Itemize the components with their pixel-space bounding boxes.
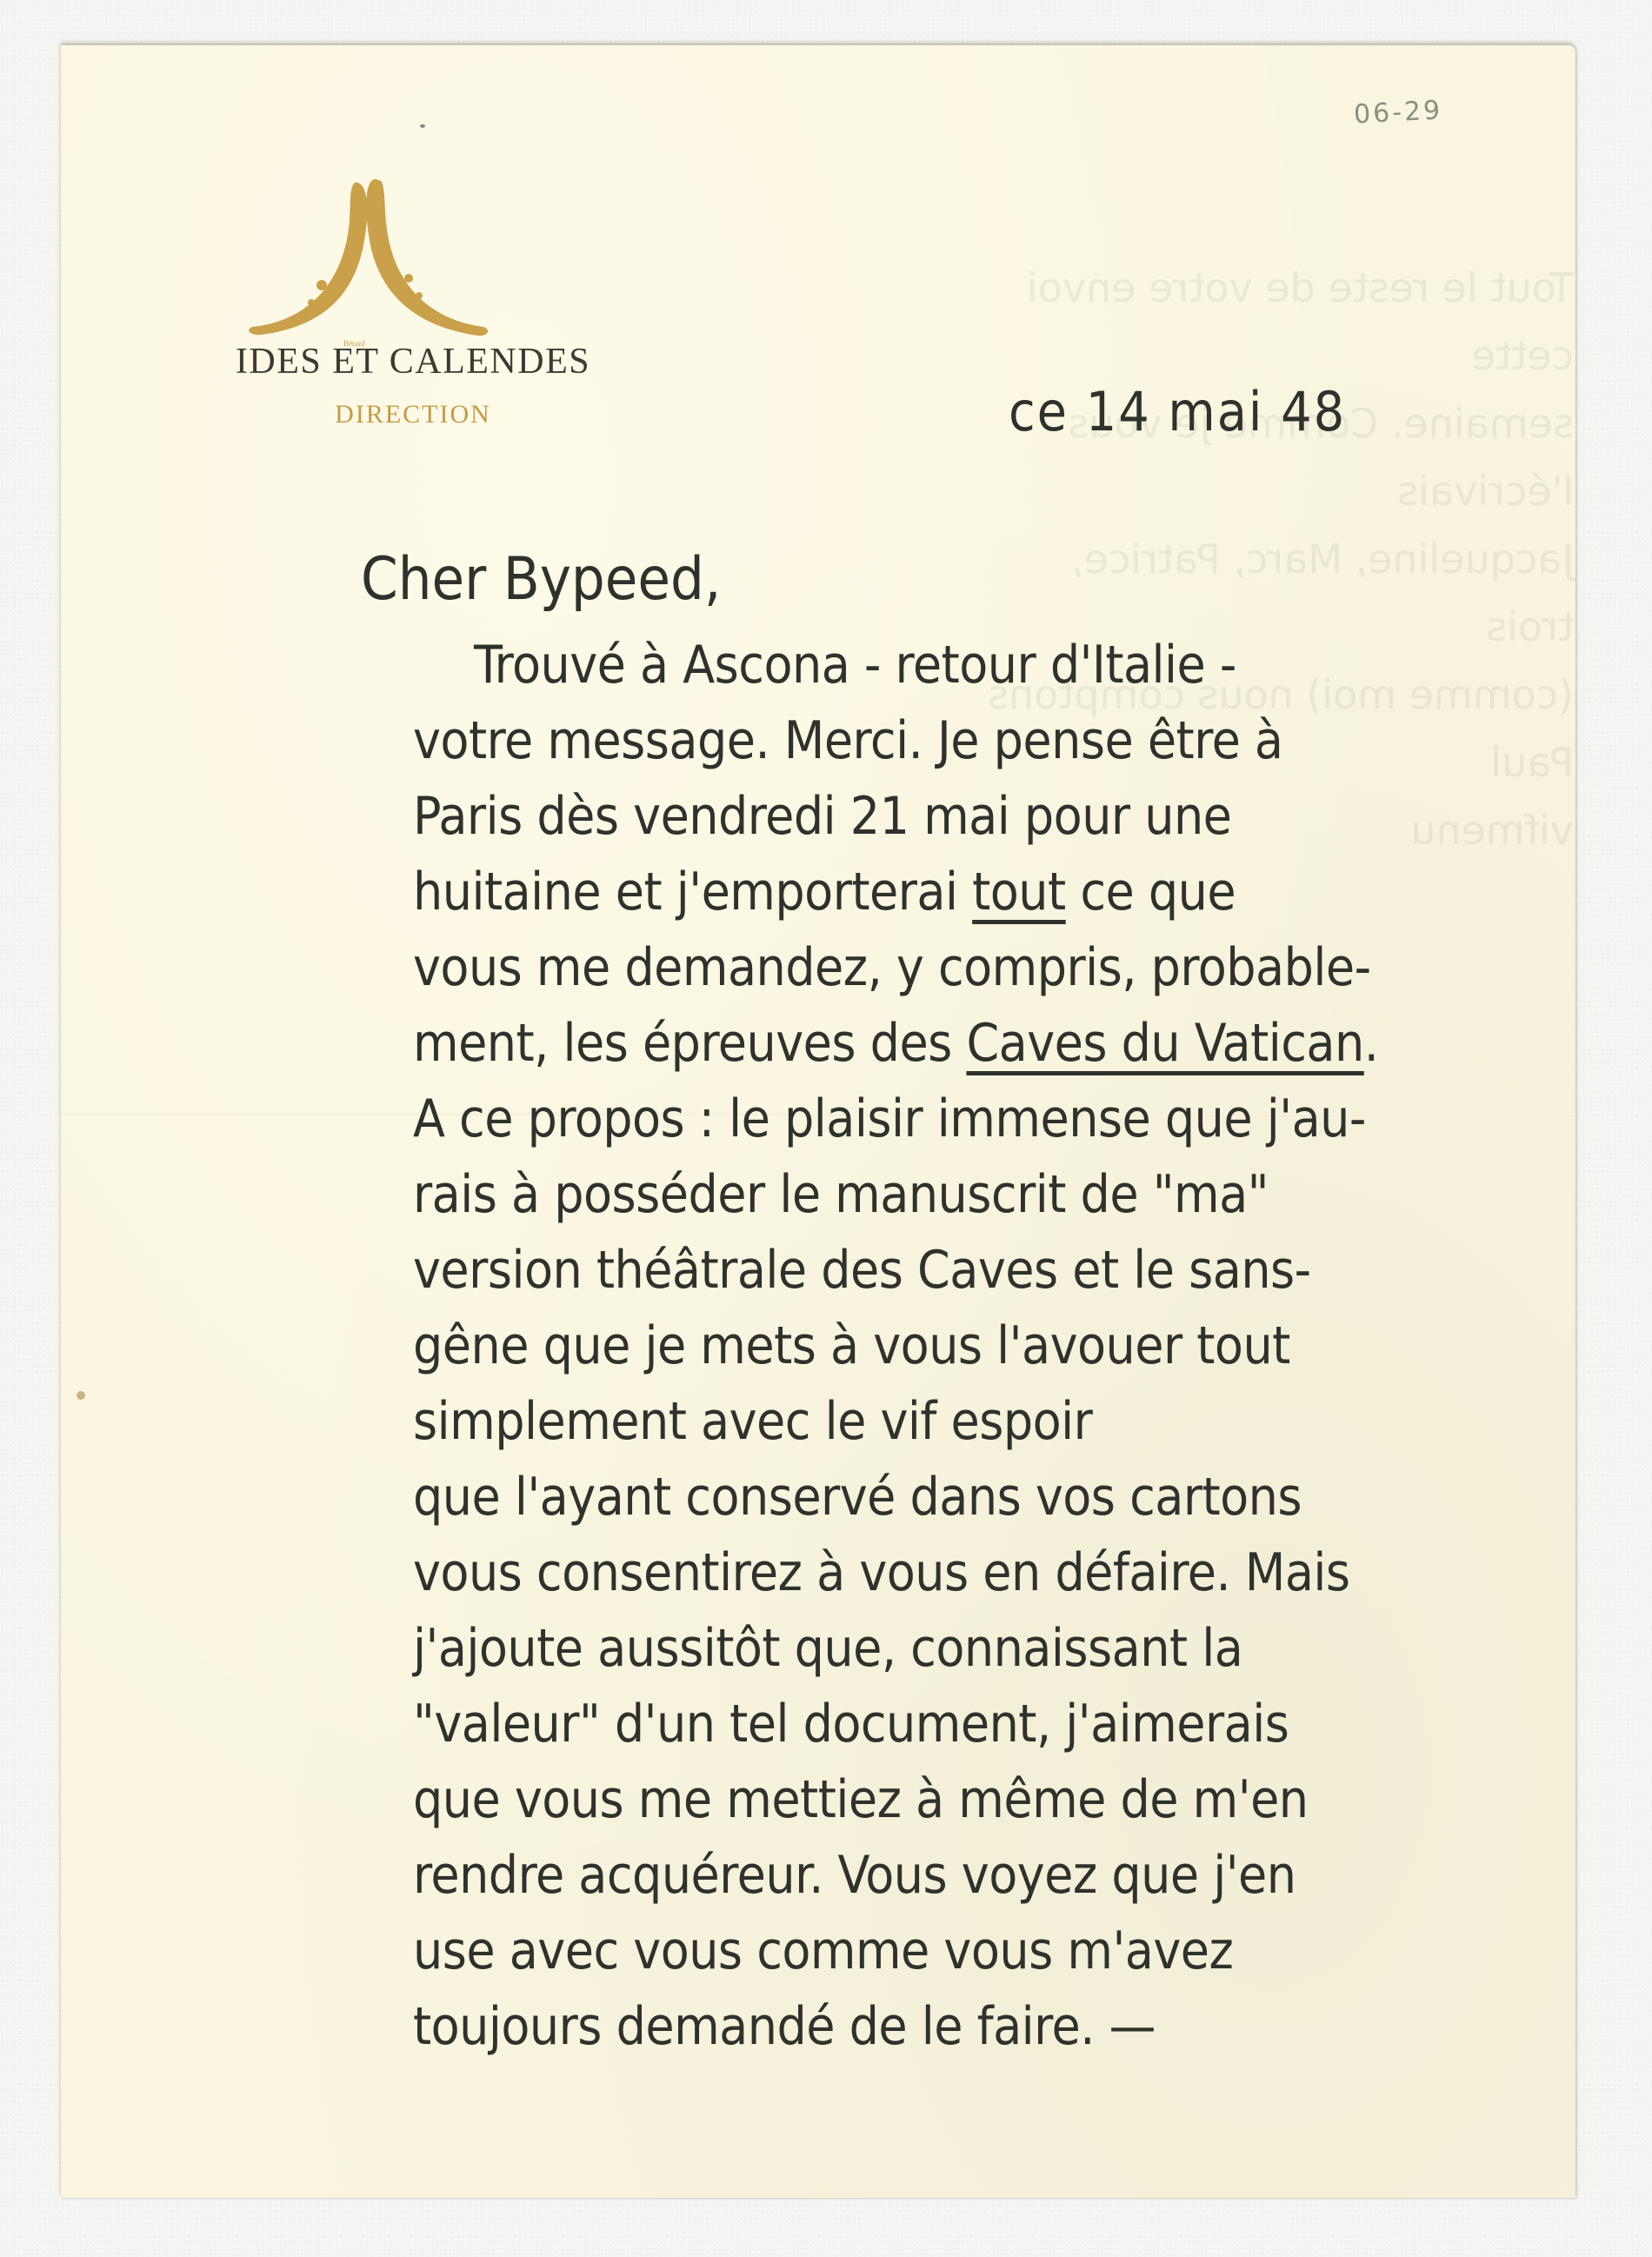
letter-page: 06-29 Bérard IDES ET CALENDES DIRECTION … [61, 45, 1575, 2198]
paper-speck [420, 124, 425, 128]
body-line: A ce propos : le plaisir immense que j'a… [413, 1082, 1543, 1157]
letterhead-department: DIRECTION [170, 400, 656, 429]
twin-crescent-moons-icon: Bérard [226, 174, 504, 365]
body-line: "valeur" d'un tel document, j'aimerais [413, 1687, 1543, 1762]
letter-body: Trouvé à Ascona - retour d'Italie - votr… [413, 628, 1543, 2065]
body-line: toujours demandé de le faire. — [413, 1989, 1543, 2065]
body-line: que l'ayant conservé dans vos cartons [413, 1460, 1543, 1535]
letter-date: ce 14 mai 48 [1009, 380, 1346, 443]
body-line: use avec vous comme vous m'avez [413, 1914, 1543, 1989]
underlined-word-tout: tout [972, 862, 1066, 922]
body-line: ment, les épreuves des Caves du Vatican. [413, 1006, 1543, 1082]
body-line: version théâtrale des Caves et le sans- [413, 1233, 1543, 1308]
body-line: votre message. Merci. Je pense être à [413, 703, 1543, 779]
underlined-title-caves-du-vatican: Caves du Vatican [966, 1013, 1363, 1074]
paper-stain [77, 1391, 85, 1400]
salutation: Cher Bypeed, [361, 545, 721, 614]
archive-number: 06-29 [1353, 95, 1443, 130]
body-line: rendre acquéreur. Vous voyez que j'en [413, 1838, 1543, 1914]
body-line: Trouvé à Ascona - retour d'Italie - [413, 628, 1543, 703]
body-line: rais à posséder le manuscrit de "ma" [413, 1157, 1543, 1233]
letterhead-name: IDES ET CALENDES [170, 341, 656, 383]
body-line: j'ajoute aussitôt que, connaissant la [413, 1611, 1543, 1687]
body-line: simplement avec le vif espoir [413, 1384, 1543, 1460]
body-line: vous consentirez à vous en défaire. Mais [413, 1535, 1543, 1611]
body-line: Paris dès vendredi 21 mai pour une [413, 779, 1543, 855]
body-line: que vous me mettiez à même de m'en [413, 1762, 1543, 1838]
body-line: vous me demandez, y compris, probable- [413, 930, 1543, 1006]
body-line-with-underline: huitaine et j'emporterai tout ce que [413, 855, 1543, 930]
body-line: gêne que je mets à vous l'avouer tout [413, 1308, 1543, 1384]
